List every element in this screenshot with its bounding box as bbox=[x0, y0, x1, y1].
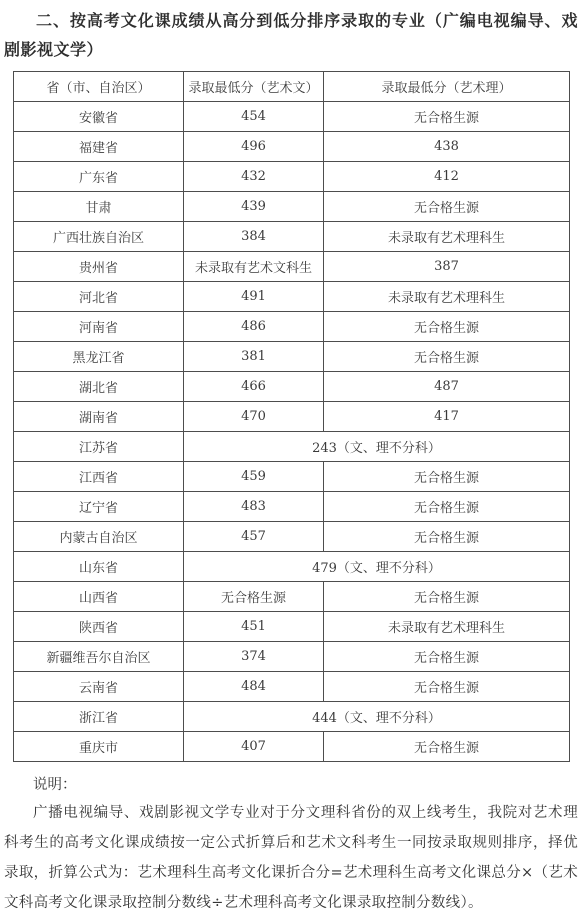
table-row: 浙江省444（文、理不分科） bbox=[14, 702, 570, 732]
table-row: 湖北省466487 bbox=[14, 372, 570, 402]
art-li-score-cell: 无合格生源 bbox=[324, 732, 570, 762]
province-cell: 安徽省 bbox=[14, 102, 184, 132]
table-row: 湖南省470417 bbox=[14, 402, 570, 432]
art-wen-score-cell: 432 bbox=[184, 162, 324, 192]
art-li-score-cell: 无合格生源 bbox=[324, 312, 570, 342]
merged-score-cell: 243（文、理不分科） bbox=[184, 432, 570, 462]
province-cell: 辽宁省 bbox=[14, 492, 184, 522]
art-wen-score-cell: 484 bbox=[184, 672, 324, 702]
province-cell: 广西壮族自治区 bbox=[14, 222, 184, 252]
art-wen-score-cell: 459 bbox=[184, 462, 324, 492]
province-cell: 广东省 bbox=[14, 162, 184, 192]
table-row: 山西省无合格生源无合格生源 bbox=[14, 582, 570, 612]
table-row: 黑龙江省381无合格生源 bbox=[14, 342, 570, 372]
art-wen-score-cell: 454 bbox=[184, 102, 324, 132]
art-li-score-cell: 无合格生源 bbox=[324, 642, 570, 672]
art-li-score-cell: 438 bbox=[324, 132, 570, 162]
admission-score-table: 省（市、自治区） 录取最低分（艺术文） 录取最低分（艺术理） 安徽省454无合格… bbox=[13, 71, 570, 762]
art-wen-score-cell: 381 bbox=[184, 342, 324, 372]
page-title: 二、按高考文化课成绩从高分到低分排序录取的专业（广编电视编导、戏剧影视文学） bbox=[4, 6, 578, 64]
art-li-score-cell: 无合格生源 bbox=[324, 192, 570, 222]
merged-score-cell: 479（文、理不分科） bbox=[184, 552, 570, 582]
art-li-score-cell: 无合格生源 bbox=[324, 462, 570, 492]
col-header-art-wen-min-score: 录取最低分（艺术文） bbox=[184, 72, 324, 102]
province-cell: 贵州省 bbox=[14, 252, 184, 282]
table-header-row: 省（市、自治区） 录取最低分（艺术文） 录取最低分（艺术理） bbox=[14, 72, 570, 102]
art-li-score-cell: 387 bbox=[324, 252, 570, 282]
table-row: 广西壮族自治区384未录取有艺术理科生 bbox=[14, 222, 570, 252]
province-cell: 山东省 bbox=[14, 552, 184, 582]
notes-label: 说明： bbox=[4, 774, 578, 796]
province-cell: 福建省 bbox=[14, 132, 184, 162]
table-row: 广东省432412 bbox=[14, 162, 570, 192]
province-cell: 江西省 bbox=[14, 462, 184, 492]
table-body: 安徽省454无合格生源福建省496438广东省432412甘肃439无合格生源广… bbox=[14, 102, 570, 762]
province-cell: 湖南省 bbox=[14, 402, 184, 432]
art-wen-score-cell: 374 bbox=[184, 642, 324, 672]
table-row: 江苏省243（文、理不分科） bbox=[14, 432, 570, 462]
art-wen-score-cell: 491 bbox=[184, 282, 324, 312]
art-li-score-cell: 无合格生源 bbox=[324, 672, 570, 702]
col-header-art-li-min-score: 录取最低分（艺术理） bbox=[324, 72, 570, 102]
province-cell: 湖北省 bbox=[14, 372, 184, 402]
notes-paragraph: 广播电视编导、戏剧影视文学专业对于分文理科省份的双上线考生，我院对艺术理科考生的… bbox=[4, 798, 578, 918]
province-cell: 甘肃 bbox=[14, 192, 184, 222]
province-cell: 新疆维吾尔自治区 bbox=[14, 642, 184, 672]
table-row: 河北省491未录取有艺术理科生 bbox=[14, 282, 570, 312]
province-cell: 云南省 bbox=[14, 672, 184, 702]
art-wen-score-cell: 451 bbox=[184, 612, 324, 642]
art-li-score-cell: 487 bbox=[324, 372, 570, 402]
art-li-score-cell: 未录取有艺术理科生 bbox=[324, 282, 570, 312]
table-row: 山东省479（文、理不分科） bbox=[14, 552, 570, 582]
province-cell: 浙江省 bbox=[14, 702, 184, 732]
table-row: 河南省486无合格生源 bbox=[14, 312, 570, 342]
art-li-score-cell: 无合格生源 bbox=[324, 582, 570, 612]
table-row: 云南省484无合格生源 bbox=[14, 672, 570, 702]
province-cell: 山西省 bbox=[14, 582, 184, 612]
art-li-score-cell: 417 bbox=[324, 402, 570, 432]
merged-score-cell: 444（文、理不分科） bbox=[184, 702, 570, 732]
province-cell: 河北省 bbox=[14, 282, 184, 312]
art-wen-score-cell: 439 bbox=[184, 192, 324, 222]
document-page: 二、按高考文化课成绩从高分到低分排序录取的专业（广编电视编导、戏剧影视文学） 省… bbox=[0, 0, 586, 918]
art-wen-score-cell: 384 bbox=[184, 222, 324, 252]
table-row: 福建省496438 bbox=[14, 132, 570, 162]
art-wen-score-cell: 未录取有艺术文科生 bbox=[184, 252, 324, 282]
table-row: 重庆市407无合格生源 bbox=[14, 732, 570, 762]
table-row: 辽宁省483无合格生源 bbox=[14, 492, 570, 522]
province-cell: 重庆市 bbox=[14, 732, 184, 762]
art-wen-score-cell: 407 bbox=[184, 732, 324, 762]
province-cell: 陕西省 bbox=[14, 612, 184, 642]
art-wen-score-cell: 457 bbox=[184, 522, 324, 552]
province-cell: 河南省 bbox=[14, 312, 184, 342]
table-row: 陕西省451未录取有艺术理科生 bbox=[14, 612, 570, 642]
province-cell: 内蒙古自治区 bbox=[14, 522, 184, 552]
art-wen-score-cell: 470 bbox=[184, 402, 324, 432]
province-cell: 江苏省 bbox=[14, 432, 184, 462]
art-li-score-cell: 无合格生源 bbox=[324, 342, 570, 372]
art-wen-score-cell: 486 bbox=[184, 312, 324, 342]
art-wen-score-cell: 无合格生源 bbox=[184, 582, 324, 612]
art-wen-score-cell: 466 bbox=[184, 372, 324, 402]
art-wen-score-cell: 483 bbox=[184, 492, 324, 522]
table-row: 江西省459无合格生源 bbox=[14, 462, 570, 492]
col-header-province: 省（市、自治区） bbox=[14, 72, 184, 102]
art-li-score-cell: 未录取有艺术理科生 bbox=[324, 222, 570, 252]
art-li-score-cell: 412 bbox=[324, 162, 570, 192]
art-li-score-cell: 无合格生源 bbox=[324, 522, 570, 552]
table-row: 甘肃439无合格生源 bbox=[14, 192, 570, 222]
table-row: 新疆维吾尔自治区374无合格生源 bbox=[14, 642, 570, 672]
table-row: 安徽省454无合格生源 bbox=[14, 102, 570, 132]
art-li-score-cell: 未录取有艺术理科生 bbox=[324, 612, 570, 642]
notes-section: 说明： 广播电视编导、戏剧影视文学专业对于分文理科省份的双上线考生，我院对艺术理… bbox=[4, 774, 578, 918]
art-li-score-cell: 无合格生源 bbox=[324, 492, 570, 522]
table-row: 贵州省未录取有艺术文科生387 bbox=[14, 252, 570, 282]
art-li-score-cell: 无合格生源 bbox=[324, 102, 570, 132]
art-wen-score-cell: 496 bbox=[184, 132, 324, 162]
table-row: 内蒙古自治区457无合格生源 bbox=[14, 522, 570, 552]
province-cell: 黑龙江省 bbox=[14, 342, 184, 372]
